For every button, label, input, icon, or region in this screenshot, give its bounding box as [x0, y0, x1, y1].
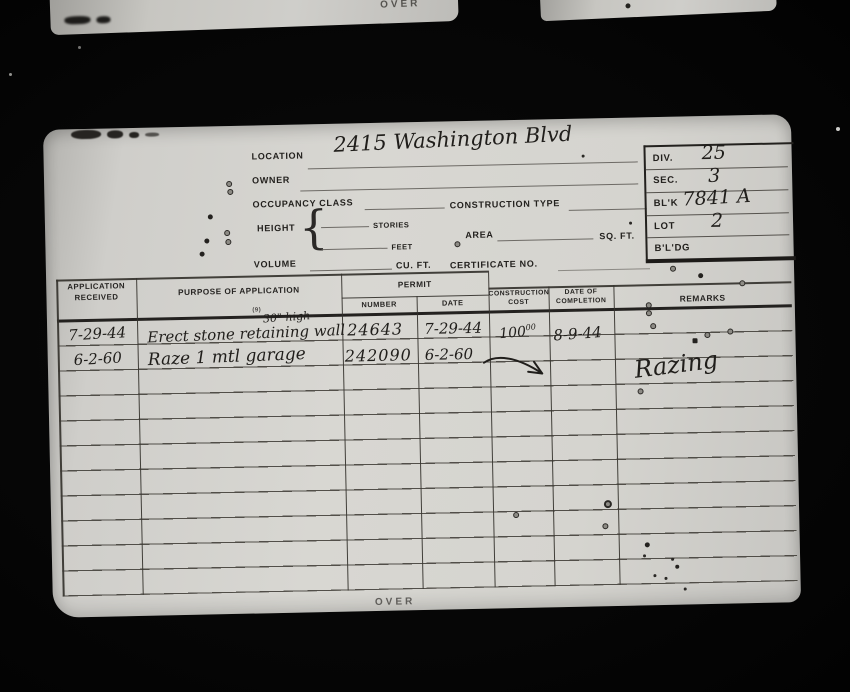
area-label: AREA — [465, 229, 494, 240]
card-speck — [224, 230, 230, 236]
film-dust — [9, 73, 12, 76]
header-construction-cost: CONSTRUCTION COST — [488, 288, 548, 308]
card-speck — [645, 542, 650, 547]
card-speck — [629, 222, 632, 225]
card-speck — [704, 332, 710, 338]
card-speck — [739, 280, 745, 286]
certificate-label: CERTIFICATE NO. — [450, 259, 538, 271]
film-smudge — [64, 16, 90, 25]
stamp-smudge — [107, 130, 123, 138]
card-speck — [692, 338, 697, 343]
previous-card-edge-2 — [539, 0, 777, 21]
hand-drawn-arrow — [482, 351, 551, 384]
card-speck — [200, 252, 205, 257]
lot-line — [647, 234, 789, 238]
blk-label: BL'K — [654, 198, 679, 210]
location-label: LOCATION — [251, 150, 303, 161]
card-speck — [513, 512, 519, 518]
card-speck — [671, 558, 674, 561]
stamp-smudge — [71, 130, 101, 140]
location-line — [308, 161, 638, 169]
stories-line — [321, 226, 369, 228]
card-speck — [638, 388, 644, 394]
div-value: 25 — [701, 142, 726, 165]
card-speck — [208, 214, 213, 219]
row1-permit-date: 7-29-44 — [424, 319, 482, 338]
card-speck — [664, 577, 667, 580]
sec-label: SEC. — [653, 175, 678, 187]
feet-label: FEET — [391, 242, 412, 251]
card-speck — [454, 241, 460, 247]
bldg-label: B'L'DG — [654, 242, 690, 254]
card-speck — [227, 189, 233, 195]
header-date: DATE — [417, 298, 489, 309]
card-speck — [204, 238, 209, 243]
div-label: DIV. — [653, 153, 674, 164]
header-application-received: APPLICATION RECEIVED — [56, 281, 136, 304]
parcel-info-box: DIV. 25 SEC. 3 BL'K 7841 A LOT 2 B'L'DG — [643, 142, 795, 263]
blk-value: 7841 A — [682, 185, 751, 211]
row1-cost: 10000 — [499, 322, 537, 342]
construction-type-label: CONSTRUCTION TYPE — [450, 198, 561, 210]
sec-value: 3 — [708, 165, 721, 187]
card-speck — [684, 588, 687, 591]
card-speck — [727, 328, 733, 334]
card-speck — [643, 554, 646, 557]
row1-completion: 8-9-44 — [553, 323, 603, 344]
film-smudge — [96, 16, 110, 23]
row2-permit-number: 242090 — [345, 345, 412, 365]
permit-record-card: LOCATION 2415 Washington Blvd OWNER OCCU… — [43, 114, 801, 618]
feet-line — [322, 248, 388, 251]
lot-label: LOT — [654, 221, 675, 232]
row1-cost-amount: 100 — [499, 324, 527, 342]
card-speck — [670, 266, 676, 272]
stamp-smudge — [145, 132, 159, 136]
cu-ft-label: CU. FT. — [396, 260, 432, 271]
row1-permit-number: 24643 — [347, 319, 403, 339]
film-dust — [836, 127, 840, 131]
height-label: HEIGHT — [257, 223, 295, 234]
volume-label: VOLUME — [254, 259, 297, 270]
card-speck — [225, 239, 231, 245]
over-label-bottom: OVER — [375, 596, 416, 608]
volume-line — [310, 269, 392, 272]
card-speck — [653, 574, 656, 577]
construction-type-line — [569, 208, 647, 211]
card-speck — [698, 273, 703, 278]
over-label-top: OVER — [380, 0, 421, 11]
microfilm-scan: OVER LOCATION 2415 Washington Blvd OWNER… — [0, 0, 850, 692]
card-speck — [582, 155, 585, 158]
area-line — [497, 238, 593, 241]
card-speck — [602, 523, 608, 529]
row2-permit-date: 6-2-60 — [425, 345, 474, 364]
header-date-of-completion: DATE OF COMPLETION — [548, 287, 613, 307]
film-dust — [78, 46, 81, 49]
owner-line — [300, 183, 638, 191]
sq-ft-label: SQ. FT. — [599, 231, 635, 242]
location-value: 2415 Washington Blvd — [333, 122, 573, 157]
card-speck — [646, 310, 652, 316]
header-purpose: PURPOSE OF APPLICATION — [136, 284, 341, 299]
card-speck — [646, 302, 652, 308]
occupancy-line — [365, 207, 445, 210]
previous-card-edge: OVER — [49, 0, 458, 35]
card-speck — [650, 323, 656, 329]
card-speck — [226, 181, 232, 187]
stories-label: STORIES — [373, 220, 409, 230]
header-permit: PERMIT — [341, 278, 488, 292]
stamp-smudge — [129, 132, 139, 138]
header-number: NUMBER — [342, 299, 417, 311]
owner-label: OWNER — [252, 175, 290, 186]
certificate-line — [558, 268, 650, 271]
lot-value: 2 — [711, 210, 724, 232]
film-speck — [625, 3, 630, 8]
row1-cost-cents: 00 — [525, 322, 536, 332]
